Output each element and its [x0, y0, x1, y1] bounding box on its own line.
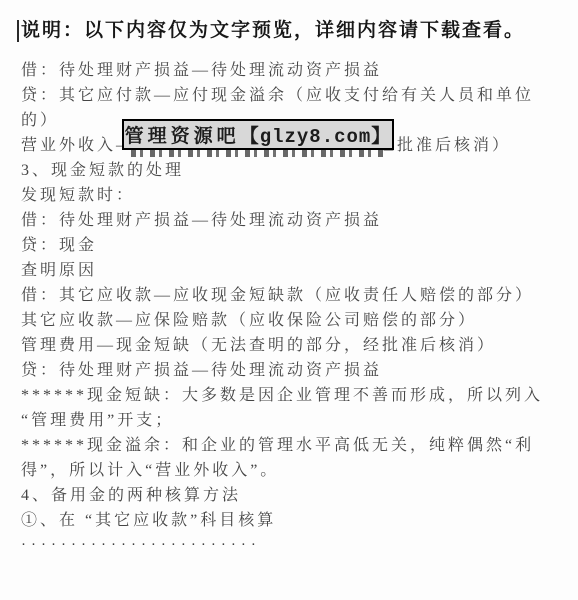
text-line: 借：其它应收款—应收现金短缺款（应收责任人赔偿的部分）	[21, 283, 566, 308]
text-line: ******现金溢余：和企业的管理水平高低无关，纯粹偶然“利	[21, 433, 566, 458]
text-line: ①、在 “其它应收款”科目核算	[21, 508, 566, 533]
text-line: 查明原因	[21, 258, 566, 283]
document-preview: 说明：以下内容仅为文字预览，详细内容请下载查看。 借：待处理财产损益—待处理流动…	[0, 0, 578, 600]
obscured-text-fragments	[131, 150, 383, 157]
text-line: 发现短款时：	[21, 183, 566, 208]
text-line: 借：待处理财产损益—待处理流动资产损益	[21, 58, 566, 83]
text-line: 4、备用金的两种核算方法	[21, 483, 566, 508]
watermark-site: 【glzy8.com】	[240, 121, 392, 148]
text-line: 其它应收款—应保险赔款（应收保险公司赔偿的部分）	[21, 308, 566, 333]
text-line: ******现金短缺：大多数是因企业管理不善而形成，所以列入	[21, 383, 566, 408]
watermark-brand: 管理资源吧	[125, 121, 240, 148]
ellipsis-line: ························	[21, 533, 566, 558]
text-cursor	[17, 20, 19, 42]
preview-notice: 说明：以下内容仅为文字预览，详细内容请下载查看。	[21, 15, 525, 42]
text-line: 管理费用—现金短缺（无法查明的部分，经批准后核消）	[21, 333, 566, 358]
text-line: 贷：其它应付款—应付现金溢余（应收支付给有关人员和单位	[21, 83, 566, 108]
text-line: “管理费用”开支；	[21, 408, 566, 433]
text-line: 得”，所以计入“营业外收入”。	[21, 458, 566, 483]
text-line: 贷：待处理财产损益—待处理流动资产损益	[21, 358, 566, 383]
watermark-box: 管理资源吧【glzy8.com】	[122, 119, 394, 150]
obscured-line-left: 营业外收入—	[21, 137, 135, 154]
text-line: 借：待处理财产损益—待处理流动资产损益	[21, 208, 566, 233]
text-line: 贷：现金	[21, 233, 566, 258]
text-line: 3、现金短款的处理	[21, 158, 566, 183]
obscured-line-right: 经批准后核消）	[378, 133, 511, 158]
